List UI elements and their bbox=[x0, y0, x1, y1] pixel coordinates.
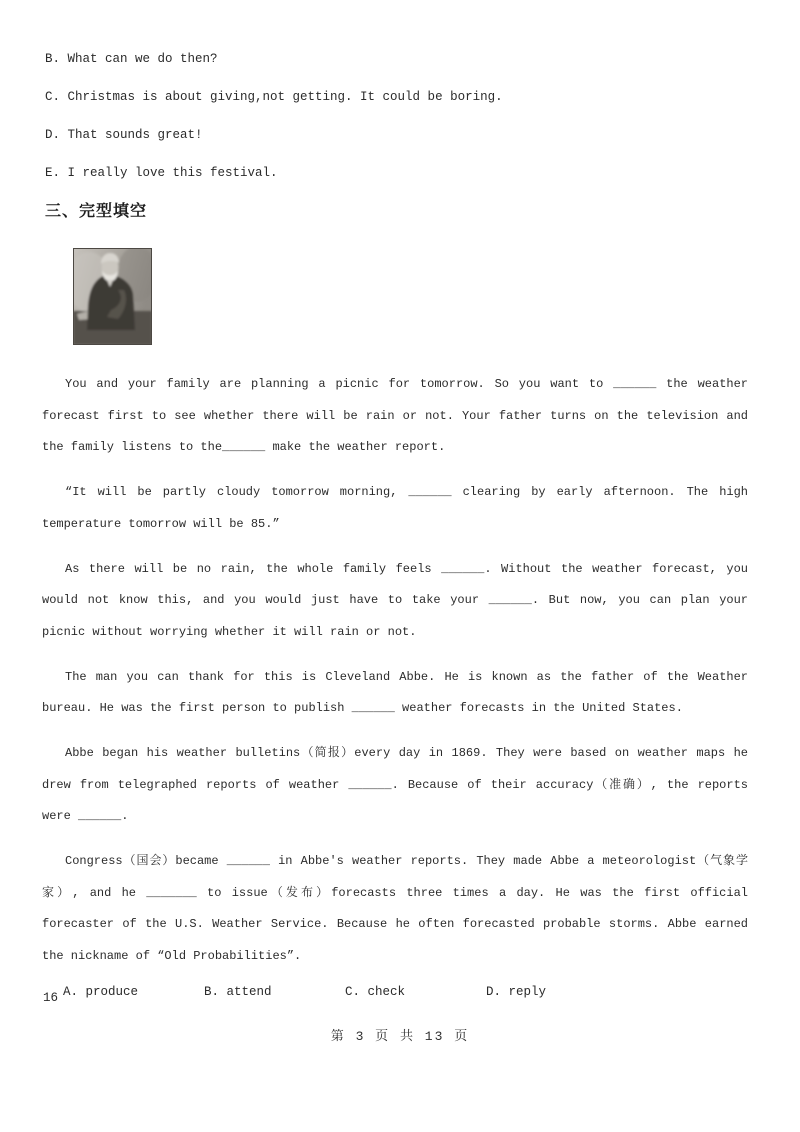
option-a: A. produce bbox=[63, 982, 204, 1002]
section-title-cloze: 三、完型填空 bbox=[45, 200, 748, 224]
passage-paragraph-5: Abbe began his weather bulletins（简报）ever… bbox=[42, 738, 748, 833]
passage-paragraph-3: As there will be no rain, the whole fami… bbox=[42, 554, 748, 649]
choice-item-b: B. What can we do then? bbox=[45, 40, 748, 78]
option-b: B. attend bbox=[204, 982, 345, 1002]
choice-item-c: C. Christmas is about giving,not getting… bbox=[45, 78, 748, 116]
passage-paragraph-1: You and your family are planning a picni… bbox=[42, 369, 748, 464]
passage-paragraph-2: “It will be partly cloudy tomorrow morni… bbox=[42, 477, 748, 540]
choice-item-d: D. That sounds great! bbox=[45, 116, 748, 154]
option-d: D. reply bbox=[486, 982, 546, 1002]
choice-item-e: E. I really love this festival. bbox=[45, 154, 748, 192]
exam-document-page: B. What can we do then? C. Christmas is … bbox=[0, 0, 800, 1132]
portrait-photo bbox=[73, 248, 152, 345]
page-content: B. What can we do then? C. Christmas is … bbox=[0, 0, 800, 1002]
passage-paragraph-4: The man you can thank for this is Clevel… bbox=[42, 662, 748, 725]
question-number: 16 bbox=[42, 988, 63, 1008]
sentence-choice-list: B. What can we do then? C. Christmas is … bbox=[42, 40, 748, 192]
cloze-passage: You and your family are planning a picni… bbox=[42, 369, 748, 972]
option-c: C. check bbox=[345, 982, 486, 1002]
page-number-footer: 第 3 页 共 13 页 bbox=[0, 1028, 800, 1046]
passage-paragraph-6: Congress（国会）became ______ in Abbe's weat… bbox=[42, 846, 748, 972]
question-16-options-row: 16 A. produce B. attend C. check D. repl… bbox=[42, 982, 748, 1002]
